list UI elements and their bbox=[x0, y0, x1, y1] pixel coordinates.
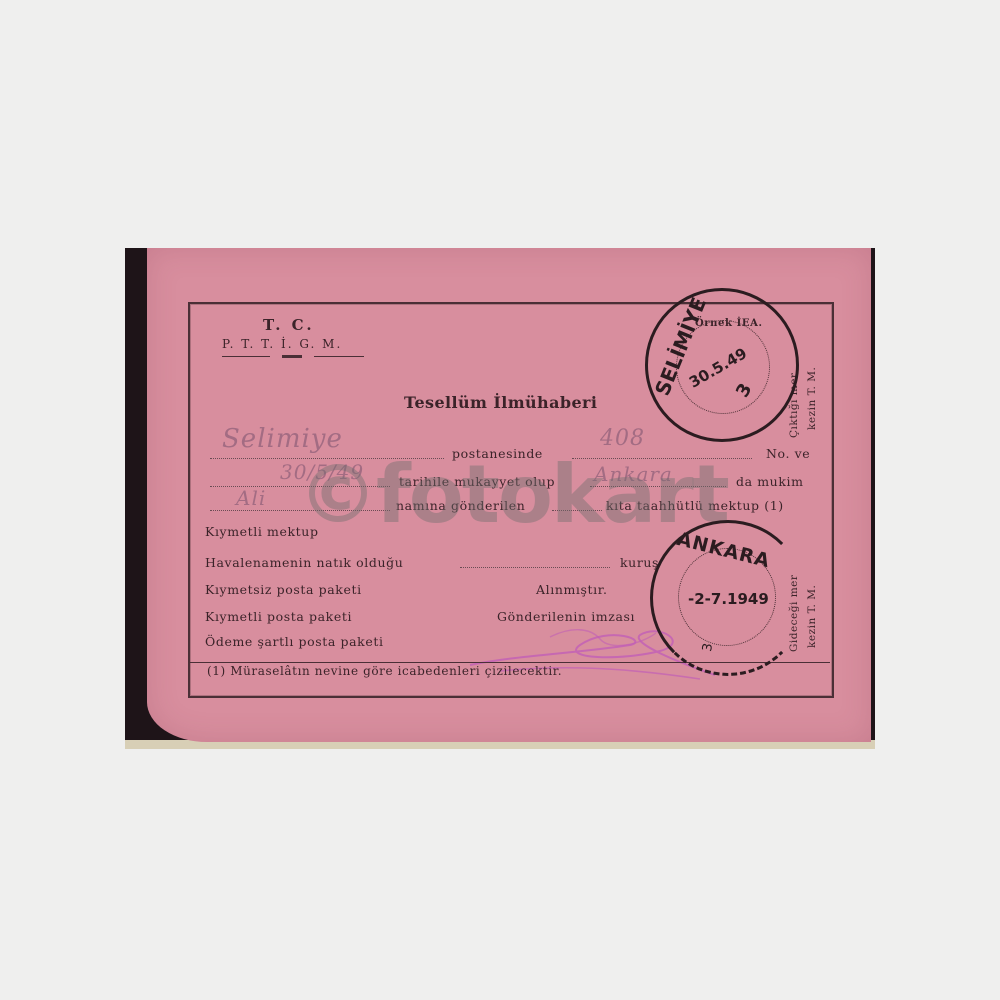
line1-end: No. ve bbox=[766, 446, 810, 461]
line2-end: da mukim bbox=[736, 474, 804, 489]
document-title: Tesellüm İlmühaberi bbox=[404, 393, 597, 412]
option-kiymetli-paket: Kıymetli posta paketi bbox=[205, 609, 352, 624]
watermark: ©fotokart bbox=[298, 455, 728, 535]
amount-blank bbox=[460, 567, 610, 568]
agency-label: P. T. T. İ. G. M. bbox=[222, 337, 342, 351]
line3-handwritten: Ali bbox=[236, 486, 266, 510]
footnote: (1) Müraselâtın nevine göre icabedenleri… bbox=[207, 664, 562, 678]
received-label: Alınmıştır. bbox=[536, 582, 608, 597]
header-rule-center bbox=[282, 355, 302, 358]
option-kiymetli-mektup: Kıymetli mektup bbox=[205, 524, 319, 539]
arrival-postmark-date: -2-7.1949 bbox=[688, 590, 769, 608]
header-rule-right bbox=[314, 356, 364, 357]
currency-label: kuruş bbox=[620, 555, 659, 570]
side-label-departure-2: kezin T. M. bbox=[806, 367, 818, 430]
option-havalename: Havalenamenin natık olduğu bbox=[205, 555, 403, 570]
option-odeme-sartli-paket: Ödeme şartlı posta paketi bbox=[205, 634, 384, 649]
country-label: T. C. bbox=[263, 316, 315, 334]
header-rule-left bbox=[222, 356, 270, 357]
option-kiymetsiz-paket: Kıymetsiz posta paketi bbox=[205, 582, 362, 597]
side-label-arrival-2: kezin T. M. bbox=[806, 585, 818, 648]
